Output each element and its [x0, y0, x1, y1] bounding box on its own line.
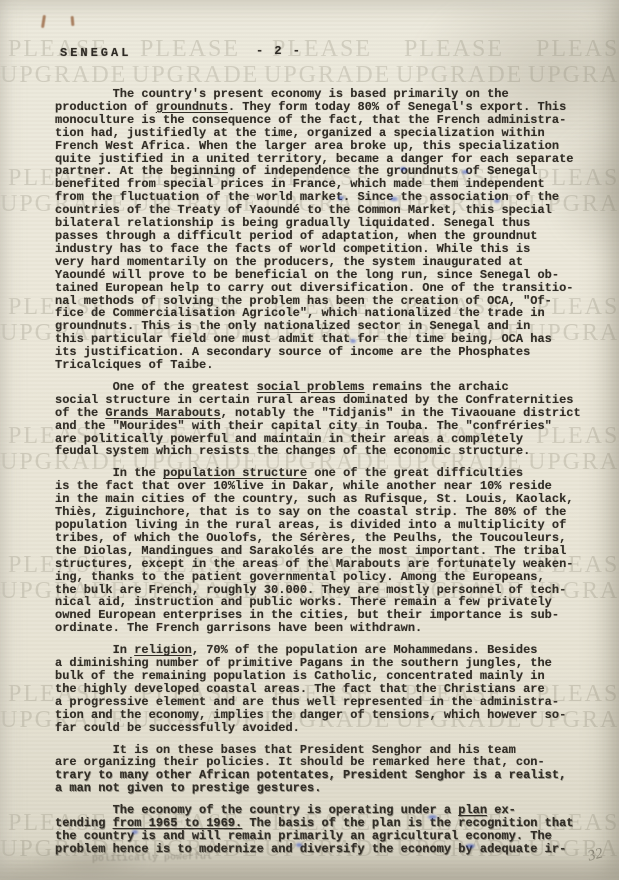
- ink-speck: [400, 167, 406, 171]
- watermark-word: UPGRADE: [0, 62, 127, 89]
- page-number: - 2 -: [256, 44, 302, 58]
- watermark-word: UPGRADE: [396, 62, 523, 89]
- scanned-document-page: { "page": { "header": { "title": "SENEGA…: [0, 0, 619, 880]
- watermark-word: PLEASE: [404, 36, 504, 63]
- ink-speck: [428, 815, 437, 819]
- paragraph: The country's present economy is based p…: [55, 88, 581, 372]
- ink-speck: [462, 170, 468, 174]
- watermark-word: PLEASE: [140, 36, 240, 63]
- ink-speck: [296, 843, 302, 847]
- text-line: problem hence is to modernize and divers…: [55, 843, 581, 856]
- ink-speck: [390, 197, 398, 201]
- ink-speck: [338, 196, 344, 200]
- ink-speck: [132, 830, 138, 834]
- text-line: ordinate. The French garrisons have been…: [55, 622, 581, 635]
- ink-speck: [350, 339, 356, 343]
- paragraph: In religion, 70% of the population are M…: [55, 644, 581, 734]
- paragraph: In the population structure one of the g…: [55, 467, 581, 635]
- watermark-word: PLEASE: [536, 36, 619, 63]
- text-line: a man not given to prestige gestures.: [55, 782, 581, 795]
- text-line: Tricalciques of Taibe.: [55, 359, 581, 372]
- paragraph: One of the greatest social problems rema…: [55, 381, 581, 458]
- text-line: feudal system which resists the changes …: [55, 445, 581, 458]
- watermark-word: UPGRADE: [132, 62, 259, 89]
- text-line: far could be successfully avoided.: [55, 722, 581, 735]
- ink-speck: [466, 844, 475, 848]
- paragraph: It is on these bases that President Seng…: [55, 744, 581, 796]
- page-title: SENEGAL: [60, 46, 131, 60]
- watermark-word: UPGRADE: [264, 62, 391, 89]
- ink-speck: [494, 199, 500, 203]
- watermark-word: UPGRADE: [528, 62, 619, 89]
- document-body: The country's present economy is based p…: [55, 88, 581, 865]
